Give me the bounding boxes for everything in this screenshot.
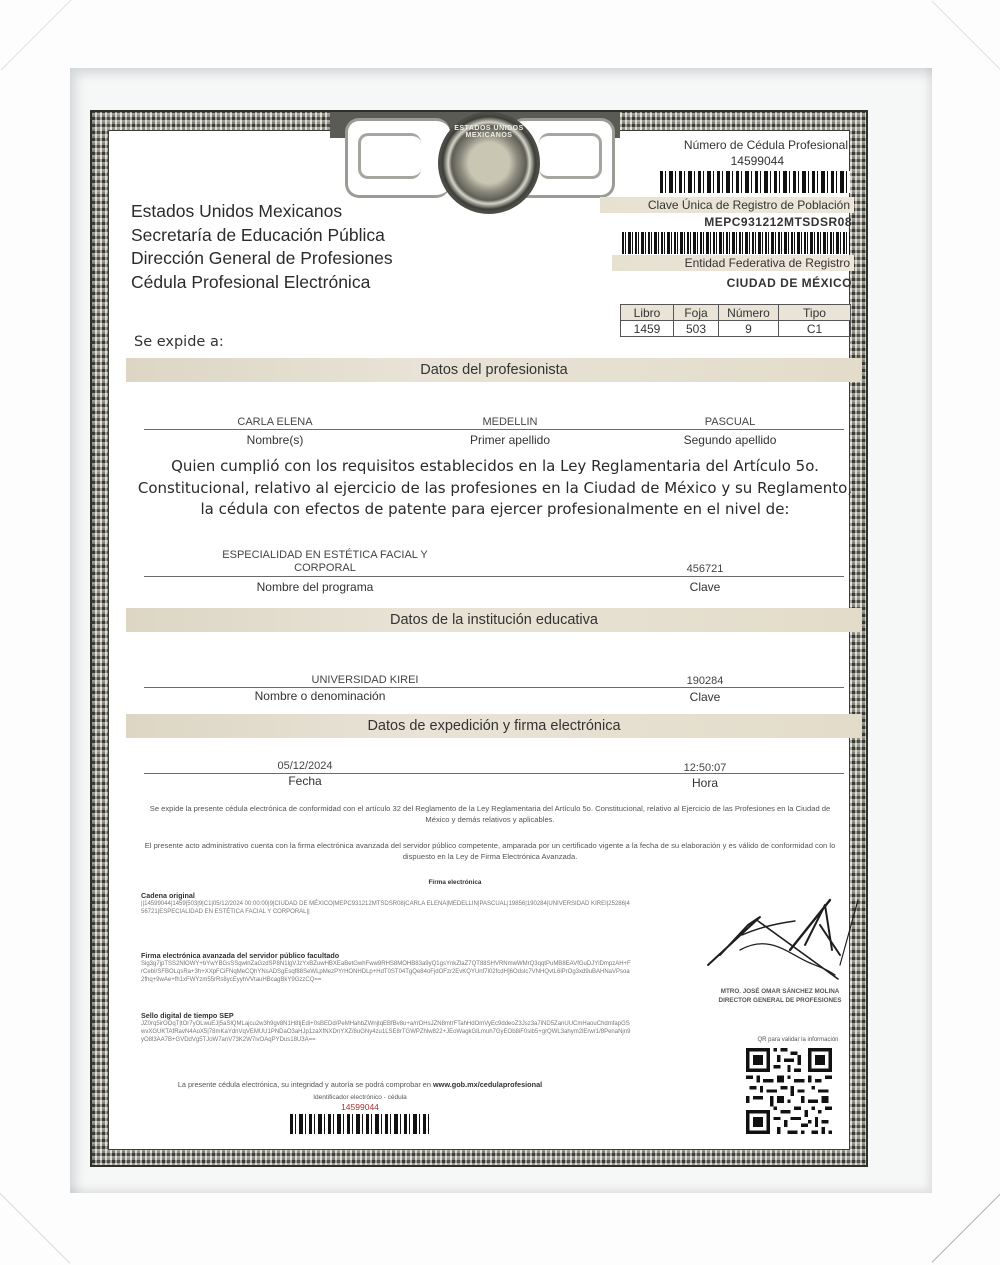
institucion-name-label: Nombre o denominación (225, 689, 415, 703)
programa-name-label: Nombre del programa (230, 580, 400, 594)
section-expedicion: Datos de expedición y firma electrónica (126, 714, 862, 738)
seal-text: ESTADOS UNIDOS MEXICANOS (441, 125, 537, 139)
aztec-ornament-left (345, 118, 450, 198)
col-numero: Número (719, 305, 779, 321)
institucion-name: UNIVERSIDAD KIREI (290, 674, 440, 686)
registry-block: Número de Cédula Profesional 14599044 Cl… (600, 138, 854, 290)
verification-link[interactable]: www.gob.mx/cedulaprofesional (433, 1080, 542, 1089)
frame-corner (0, 1192, 70, 1265)
numero-value: 9 (719, 321, 779, 337)
col-tipo: Tipo (779, 305, 851, 321)
national-seal-icon: ESTADOS UNIDOS MEXICANOS (438, 112, 540, 214)
field-line (144, 687, 844, 688)
field-line (144, 576, 844, 577)
statement-line: Constitucional, relativo al ejercicio de… (120, 478, 870, 500)
frame-corner (932, 0, 1000, 70)
registry-table: Libro Foja Número Tipo 1459 503 9 C1 (620, 304, 851, 337)
qr-code-icon[interactable] (746, 1048, 832, 1134)
signatory-name: MTRO. JOSÉ OMAR SÁNCHEZ MOLINA (700, 987, 860, 996)
curp-value: MEPC931212MTSDSR08 (600, 215, 852, 229)
hora-label: Hora (655, 776, 755, 790)
programa-name-line: CORPORAL (180, 562, 470, 575)
legal-statement: Quien cumplió con los requisitos estable… (120, 456, 870, 521)
programa-clave: 456721 (660, 563, 750, 575)
handwritten-signature-icon (700, 895, 860, 980)
sello-label: Sello digital de tiempo SEP (141, 1011, 234, 1020)
libro-value: 1459 (621, 321, 674, 337)
issued-to-label: Se expide a: (134, 334, 224, 350)
nombres-value: CARLA ELENA (200, 416, 350, 428)
firma-heading: Firma electrónica (400, 879, 510, 886)
verification-text: La presente cédula electrónica, su integ… (178, 1080, 433, 1089)
primer-apellido-label: Primer apellido (440, 433, 580, 447)
programa-name-line: ESPECIALIDAD EN ESTÉTICA FACIAL Y (180, 549, 470, 562)
entidad-label: Entidad Federativa de Registro (612, 255, 854, 271)
field-line (144, 429, 844, 430)
field-line (144, 773, 844, 774)
id-value: 14599044 (135, 1102, 585, 1112)
cedula-barcode (660, 171, 850, 193)
section-institucion: Datos de la institución educativa (126, 608, 862, 632)
programa-clave-label: Clave (660, 580, 750, 594)
curp-label: Clave Única de Registro de Población (600, 197, 854, 213)
segundo-apellido-label: Segundo apellido (650, 433, 810, 447)
tipo-value: C1 (779, 321, 851, 337)
fecha-label: Fecha (255, 774, 355, 788)
legal-paragraph-1: Se expide la presente cédula electrónica… (140, 803, 840, 825)
verification-note: La presente cédula electrónica, su integ… (135, 1080, 585, 1089)
foja-value: 503 (674, 321, 719, 337)
sello-value: JZ0rq5irOOqT|tOr7yOLwuEJ|5aSlQMLajcu2w3h… (141, 1020, 631, 1044)
id-barcode (290, 1114, 430, 1134)
institucion-clave: 190284 (660, 675, 750, 687)
cedula-number: 14599044 (600, 154, 784, 168)
issuer-line: Estados Unidos Mexicanos (131, 200, 393, 224)
qr-label: QR para validar la información (738, 1037, 858, 1043)
frame-corner (932, 1192, 1000, 1265)
fecha-value: 05/12/2024 (255, 760, 355, 772)
statement-line: Quien cumplió con los requisitos estable… (120, 456, 870, 478)
primer-apellido-value: MEDELLIN (440, 416, 580, 428)
firma-value: Sig3g7jpTSS2NlOWY+bYwYBGsSSqwlnZaGzdSP8N… (141, 960, 631, 984)
section-profesionista: Datos del profesionista (126, 358, 862, 382)
segundo-apellido-value: PASCUAL (660, 416, 800, 428)
signatory-title: DIRECTOR GENERAL DE PROFESIONES (700, 996, 860, 1005)
issuer-line: Cédula Profesional Electrónica (131, 271, 393, 295)
cedula-label: Número de Cédula Profesional (600, 138, 848, 152)
firma-label: Firma electrónica avanzada del servidor … (141, 951, 339, 960)
statement-line: la cédula con efectos de patente para ej… (120, 499, 870, 521)
col-foja: Foja (674, 305, 719, 321)
cadena-value: ||14599044|1459|503|9|C1|05/12/2024 00:0… (141, 900, 631, 916)
entidad-value: CIUDAD DE MÉXICO (600, 276, 852, 290)
id-label: Identificador electrónico - cédula (135, 1094, 585, 1101)
signatory-block: MTRO. JOSÉ OMAR SÁNCHEZ MOLINA DIRECTOR … (700, 987, 860, 1005)
legal-paragraph-2: El presente acto administrativo cuenta c… (140, 840, 840, 862)
cadena-label: Cadena original (141, 891, 195, 900)
programa-name: ESPECIALIDAD EN ESTÉTICA FACIAL Y CORPOR… (180, 549, 470, 575)
institucion-clave-label: Clave (660, 690, 750, 704)
issuer-line: Secretaría de Educación Pública (131, 224, 393, 248)
issuer-block: Estados Unidos Mexicanos Secretaría de E… (131, 200, 393, 294)
frame-corner (0, 0, 72, 70)
curp-barcode (622, 232, 850, 254)
issuer-line: Dirección General de Profesiones (131, 247, 393, 271)
col-libro: Libro (621, 305, 674, 321)
nombres-label: Nombre(s) (200, 433, 350, 447)
